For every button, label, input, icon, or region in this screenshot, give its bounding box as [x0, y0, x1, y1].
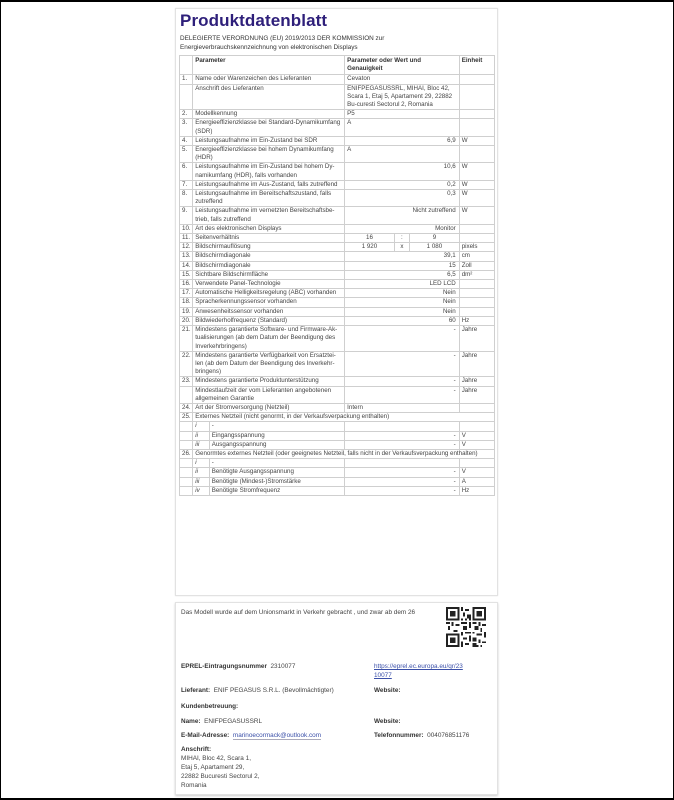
header-value: Parameter oder Wert und Genauigkeit: [345, 56, 460, 75]
table-body: 1.Name oder Warenzeichen des Lieferanten…: [180, 75, 495, 496]
subrow-roman-index: ii: [193, 468, 210, 477]
page-title: Produktdatenblatt: [180, 11, 494, 31]
subrow-parameter: Benötigte (Mindest-)Stromstärke: [209, 477, 344, 486]
row-number-empty: [180, 486, 193, 495]
row-unit: [459, 119, 494, 136]
row-parameter: Leistungsaufnahme im vernetzten Bereitsc…: [193, 207, 345, 224]
row-value: -: [345, 351, 460, 377]
row-number-empty: [180, 431, 193, 440]
row-unit: Jahre: [459, 326, 494, 352]
table-row: 24.Art der Stromversorgung (Netzteil)Int…: [180, 403, 495, 412]
row-value: 60: [345, 316, 460, 325]
row-value: 39,1: [345, 252, 460, 261]
row-number: 10.: [180, 224, 193, 233]
subrow-roman-index: iii: [193, 477, 210, 486]
address-label: Anschrift:: [181, 745, 260, 754]
table-subrow: iiEingangsspannung-V: [180, 431, 495, 440]
row-number: 16.: [180, 280, 193, 289]
row-value: Intern: [345, 403, 460, 412]
table-subrow: ivBenötigte Stromfrequenz-Hz: [180, 486, 495, 495]
row-unit: W: [459, 207, 494, 224]
row-number: 14.: [180, 261, 193, 270]
row-value-b: 1 080: [410, 243, 460, 252]
row-unit: [459, 110, 494, 119]
subrow-value: [345, 459, 460, 468]
row-group-title: Genormtes externes Netzteil (oder geeign…: [193, 449, 495, 458]
row-parameter: Spracherkennungssensor vorhanden: [193, 298, 345, 307]
row-number: 3.: [180, 119, 193, 136]
row-number: 11.: [180, 234, 193, 243]
row-value: -: [345, 386, 460, 403]
subrow-roman-index: iv: [193, 486, 210, 495]
row-number: 9.: [180, 207, 193, 224]
row-parameter: Mindestens garantierte Produktunterstütz…: [193, 377, 345, 386]
row-number: 19.: [180, 307, 193, 316]
table-row: 2.ModellkennungP5: [180, 110, 495, 119]
address-line: 22882 Bucuresti Sectorul 2,: [181, 772, 260, 781]
address-line: Romania: [181, 781, 260, 790]
table-row: 10.Art des elektronischen DisplaysMonito…: [180, 224, 495, 233]
row-unit: [459, 234, 494, 243]
email-link[interactable]: marinoecormack@outlook.com: [233, 732, 321, 740]
row-value-separator: :: [394, 234, 409, 243]
name-value: ENIFPEGASUSSRL: [204, 718, 262, 725]
table-row: 11.Seitenverhältnis16:9: [180, 234, 495, 243]
row-parameter: Mindestens garantierte Software- und Fir…: [193, 326, 345, 352]
table-row: 6.Leistungsaufnahme im Ein-Zustand bei h…: [180, 163, 495, 180]
row-value: 6,5: [345, 270, 460, 279]
table-row-group-header: 25.Externes Netzteil (nicht genormt, in …: [180, 413, 495, 422]
subrow-value: -: [345, 486, 460, 495]
table-row: 5.Energieeffizienzklasse bei hohem Dynam…: [180, 146, 495, 163]
row-unit: W: [459, 190, 494, 207]
row-parameter: Leistungsaufnahme im Bereitschaftszustan…: [193, 190, 345, 207]
row-parameter: Sichtbare Bildschirmfläche: [193, 270, 345, 279]
row-number: 22.: [180, 351, 193, 377]
supplier-label: Lieferant:: [181, 687, 210, 694]
row-value: Cevaton: [345, 75, 460, 84]
row-parameter: Anwesenheitssensor vorhanden: [193, 307, 345, 316]
eprel-link[interactable]: https://eprel.ec.europa.eu/qr/23 10077: [374, 662, 469, 680]
row-number: 17.: [180, 289, 193, 298]
row-parameter: Energieeffizienzklasse bei Standard-Dyna…: [193, 119, 345, 136]
row-unit: [459, 146, 494, 163]
row-parameter: Art des elektronischen Displays: [193, 224, 345, 233]
row-unit: W: [459, 136, 494, 145]
row-parameter: Mindestens garantierte Verfügbarkeit von…: [193, 351, 345, 377]
row-number: [180, 84, 193, 110]
row-parameter: Bildschirmdiagonale: [193, 261, 345, 270]
table-row: 9.Leistungsaufnahme im vernetzten Bereit…: [180, 207, 495, 224]
subrow-value: -: [345, 468, 460, 477]
parameter-table: Parameter Parameter oder Wert und Genaui…: [179, 55, 495, 496]
row-parameter: Leistungsaufnahme im Ein-Zustand bei hoh…: [193, 163, 345, 180]
email-label: E-Mail-Adresse:: [181, 732, 229, 739]
service-website-label: Website:: [374, 717, 401, 726]
row-group-title: Externes Netzteil (nicht genormt, in der…: [193, 413, 495, 422]
subrow-value: -: [345, 477, 460, 486]
row-unit: [459, 84, 494, 110]
row-unit: pixels: [459, 243, 494, 252]
qr-code-icon[interactable]: [446, 607, 486, 647]
subrow-value: [345, 422, 460, 431]
table-row-group-header: 26.Genormtes externes Netzteil (oder gee…: [180, 449, 495, 458]
subrow-unit: A: [459, 477, 494, 486]
row-unit: Zoll: [459, 261, 494, 270]
subrow-roman-index: iii: [193, 440, 210, 449]
table-row: 4.Leistungsaufnahme im Ein-Zustand bei S…: [180, 136, 495, 145]
row-value: -: [345, 326, 460, 352]
table-subrow: iiiAusgangsspannung-V: [180, 440, 495, 449]
row-parameter: Bildschirmauflösung: [193, 243, 345, 252]
row-unit: W: [459, 180, 494, 189]
row-parameter: Art der Stromversorgung (Netzteil): [193, 403, 345, 412]
row-value: 15: [345, 261, 460, 270]
row-number: 24.: [180, 403, 193, 412]
row-parameter: Modellkennung: [193, 110, 345, 119]
phone-label: Telefonnummer:: [374, 732, 424, 739]
row-number: 8.: [180, 190, 193, 207]
placed-on-market-text: Das Modell wurde auf dem Unionsmarkt in …: [181, 608, 443, 617]
row-number: 5.: [180, 146, 193, 163]
subrow-unit: [459, 422, 494, 431]
row-number: 21.: [180, 326, 193, 352]
subrow-value: -: [345, 431, 460, 440]
row-number-empty: [180, 477, 193, 486]
header-parameter: Parameter: [193, 56, 345, 75]
row-number-empty: [180, 440, 193, 449]
table-subrow: iiBenötigte Ausgangsspannung-V: [180, 468, 495, 477]
eprel-value: 2310077: [271, 663, 296, 670]
row-number-empty: [180, 422, 193, 431]
table-row: 15.Sichtbare Bildschirmfläche6,5dm²: [180, 270, 495, 279]
table-header-row: Parameter Parameter oder Wert und Genaui…: [180, 56, 495, 75]
row-value: A: [345, 146, 460, 163]
row-number: 7.: [180, 180, 193, 189]
name-label: Name:: [181, 718, 201, 725]
table-row: 14.Bildschirmdiagonale15Zoll: [180, 261, 495, 270]
table-row: Anschrift des LieferantenENIFPEGASUSSRL,…: [180, 84, 495, 110]
phone-row: Telefonnummer: 004076851176: [374, 731, 469, 740]
subtitle-line-1: DELEGIERTE VERORDNUNG (EU) 2019/2013 DER…: [180, 34, 494, 43]
row-value: Nicht zutreffend: [345, 207, 460, 224]
subrow-roman-index: ii: [193, 431, 210, 440]
table-row: 13.Bildschirmdiagonale39,1cm: [180, 252, 495, 261]
regulation-subtitle: DELEGIERTE VERORDNUNG (EU) 2019/2013 DER…: [180, 34, 494, 52]
row-number: 2.: [180, 110, 193, 119]
subtitle-line-2: Energieverbrauchskennzeichnung von elekt…: [180, 43, 494, 52]
table-row: Mindestlaufzeit der vom Lieferanten ange…: [180, 386, 495, 403]
row-value: -: [345, 377, 460, 386]
email-row: E-Mail-Adresse: marinoecormack@outlook.c…: [181, 731, 321, 740]
header-num: [180, 56, 193, 75]
eprel-link-line-2[interactable]: 10077: [374, 671, 469, 680]
row-parameter: Name oder Warenzeichen des Lieferanten: [193, 75, 345, 84]
eprel-label: EPREL-Eintragungsnummer: [181, 663, 267, 670]
table-row: 1.Name oder Warenzeichen des Lieferanten…: [180, 75, 495, 84]
address-line: Etaj 5, Apartament 29,: [181, 763, 260, 772]
row-unit: [459, 403, 494, 412]
subrow-roman-index: i: [193, 422, 210, 431]
subrow-parameter: -: [209, 459, 344, 468]
subrow-parameter: Ausgangsspannung: [209, 440, 344, 449]
subrow-unit: V: [459, 468, 494, 477]
supplier-website-label: Website:: [374, 686, 401, 695]
row-number: 23.: [180, 377, 193, 386]
supplier-row: Lieferant: ENIF PEGASUS S.R.L. (Bevollmä…: [181, 686, 334, 695]
table-row: 17.Automatische Helligkeitsregelung (ABC…: [180, 289, 495, 298]
row-number: 15.: [180, 270, 193, 279]
row-unit: Jahre: [459, 377, 494, 386]
row-value: 6,9: [345, 136, 460, 145]
subrow-parameter: -: [209, 422, 344, 431]
table-row: 8.Leistungsaufnahme im Bereitschaftszust…: [180, 190, 495, 207]
subrow-roman-index: i: [193, 459, 210, 468]
table-row: 22.Mindestens garantierte Verfügbarkeit …: [180, 351, 495, 377]
row-unit: Hz: [459, 316, 494, 325]
customer-service-label: Kundenbetreuung:: [181, 702, 238, 711]
row-parameter: Seitenverhältnis: [193, 234, 345, 243]
row-unit: Jahre: [459, 386, 494, 403]
row-parameter: Leistungsaufnahme im Ein-Zustand bei SDR: [193, 136, 345, 145]
row-number: 13.: [180, 252, 193, 261]
table-row: 19.Anwesenheitssensor vorhandenNein: [180, 307, 495, 316]
row-parameter: Verwendete Panel-Technologie: [193, 280, 345, 289]
table-row: 18.Spracherkennungssensor vorhandenNein: [180, 298, 495, 307]
row-parameter: Mindestlaufzeit der vom Lieferanten ange…: [193, 386, 345, 403]
row-value: 10,6: [345, 163, 460, 180]
row-number: 1.: [180, 75, 193, 84]
table-row: 20.Bildwiederholfrequenz (Standard)60Hz: [180, 316, 495, 325]
row-number: 20.: [180, 316, 193, 325]
table-subrow: i-: [180, 422, 495, 431]
row-unit: W: [459, 163, 494, 180]
address-line: MIHAI, Bloc 42, Scara 1,: [181, 754, 260, 763]
table-row: 12.Bildschirmauflösung1 920x1 080pixels: [180, 243, 495, 252]
subrow-unit: V: [459, 440, 494, 449]
row-value: 0,3: [345, 190, 460, 207]
row-value: Nein: [345, 307, 460, 316]
subrow-unit: Hz: [459, 486, 494, 495]
row-number: 12.: [180, 243, 193, 252]
row-number: 26.: [180, 449, 193, 458]
row-number-empty: [180, 468, 193, 477]
subrow-parameter: Eingangsspannung: [209, 431, 344, 440]
subrow-parameter: Benötigte Stromfrequenz: [209, 486, 344, 495]
table-row: 21.Mindestens garantierte Software- und …: [180, 326, 495, 352]
header-unit: Einheit: [459, 56, 494, 75]
row-number: [180, 386, 193, 403]
eprel-link-line-1[interactable]: https://eprel.ec.europa.eu/qr/23: [374, 662, 469, 671]
table-row: 23.Mindestens garantierte Produktunterst…: [180, 377, 495, 386]
market-info-panel: Das Modell wurde auf dem Unionsmarkt in …: [175, 602, 498, 795]
table-row: 16.Verwendete Panel-TechnologieLED LCD: [180, 280, 495, 289]
subrow-unit: V: [459, 431, 494, 440]
row-value: A: [345, 119, 460, 136]
row-number: 18.: [180, 298, 193, 307]
row-value: Nein: [345, 289, 460, 298]
row-unit: [459, 280, 494, 289]
table-subrow: iiiBenötigte (Mindest-)Stromstärke-A: [180, 477, 495, 486]
row-unit: [459, 289, 494, 298]
row-unit: [459, 307, 494, 316]
row-number-empty: [180, 459, 193, 468]
row-number: 6.: [180, 163, 193, 180]
row-number: 4.: [180, 136, 193, 145]
subrow-value: -: [345, 440, 460, 449]
service-name-row: Name: ENIFPEGASUSSRL: [181, 717, 262, 726]
row-parameter: Leistungsaufnahme im Aus-Zustand, falls …: [193, 180, 345, 189]
row-parameter: Automatische Helligkeitsregelung (ABC) v…: [193, 289, 345, 298]
row-parameter: Bildwiederholfrequenz (Standard): [193, 316, 345, 325]
phone-value: 004076851176: [427, 732, 469, 739]
row-value-separator: x: [394, 243, 409, 252]
row-number: 25.: [180, 413, 193, 422]
row-unit: [459, 75, 494, 84]
table-row: 7.Leistungsaufnahme im Aus-Zustand, fall…: [180, 180, 495, 189]
row-unit: Jahre: [459, 351, 494, 377]
row-parameter: Anschrift des Lieferanten: [193, 84, 345, 110]
row-parameter: Bildschirmdiagonale: [193, 252, 345, 261]
row-value: Nein: [345, 298, 460, 307]
row-value: LED LCD: [345, 280, 460, 289]
table-row: 3.Energieeffizienzklasse bei Standard-Dy…: [180, 119, 495, 136]
row-unit: [459, 298, 494, 307]
eprel-registration: EPREL-Eintragungsnummer 2310077: [181, 662, 295, 671]
product-data-sheet: Produktdatenblatt DELEGIERTE VERORDNUNG …: [175, 8, 498, 596]
row-value-a: 16: [345, 234, 395, 243]
row-value: 0,2: [345, 180, 460, 189]
row-unit: [459, 224, 494, 233]
subrow-parameter: Benötigte Ausgangsspannung: [209, 468, 344, 477]
row-unit: dm²: [459, 270, 494, 279]
row-value: ENIFPEGASUSSRL, MIHAI, Bloc 42, Scara 1,…: [345, 84, 460, 110]
row-value-a: 1 920: [345, 243, 395, 252]
row-value: Monitor: [345, 224, 460, 233]
row-value: P5: [345, 110, 460, 119]
row-unit: cm: [459, 252, 494, 261]
row-parameter: Energieeffizienzklasse bei hohem Dynamik…: [193, 146, 345, 163]
row-value-b: 9: [410, 234, 460, 243]
address-block: Anschrift: MIHAI, Bloc 42, Scara 1, Etaj…: [181, 745, 260, 790]
supplier-value: ENIF PEGASUS S.R.L. (Bevollmächtigter): [214, 687, 334, 694]
table-subrow: i-: [180, 459, 495, 468]
subrow-unit: [459, 459, 494, 468]
